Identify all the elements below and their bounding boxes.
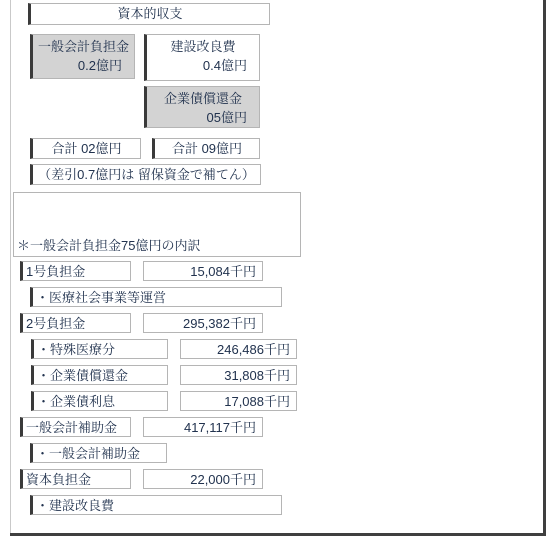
breakdown-heading: ＊一般会計負担金75億円の内訳: [14, 237, 200, 256]
general-account-burden-label: 一般会計負担金: [33, 37, 134, 56]
total-right-box: 合計 09億円: [152, 138, 260, 159]
row-value-no1-burden: 15,084千円: [143, 261, 263, 281]
frame-left-border: [10, 0, 11, 534]
general-account-burden-box: 一般会計負担金 0.2億円: [30, 34, 135, 79]
capital-budget-title-box: 資本的収支: [28, 3, 270, 25]
row-label-no1-burden: 1号負担金: [20, 261, 131, 281]
total-left-box: 合計 02億円: [30, 138, 141, 159]
row-label-bond-interest: ・企業債利息: [31, 391, 168, 411]
row-value-bond-interest: 17,088千円: [180, 391, 297, 411]
row-value-general-subsidy: 417,117千円: [143, 417, 263, 437]
row-value-capital-burden: 22,000千円: [143, 469, 263, 489]
construction-improvement-value: 0.4億円: [147, 56, 259, 75]
bond-redemption-value: 05億円: [147, 108, 259, 127]
bond-redemption-label: 企業債償還金: [147, 89, 259, 108]
row-label-bond-redemption: ・企業債償還金: [31, 365, 168, 385]
row-label-special-medical: ・特殊医療分: [31, 339, 168, 359]
row-value-no2-burden: 295,382千円: [143, 313, 263, 333]
row-label-general-subsidy: 一般会計補助金: [20, 417, 131, 437]
frame-bottom-border: [10, 533, 546, 536]
row-value-bond-redemption: 31,808千円: [180, 365, 297, 385]
row-label-general-subsidy-sub: ・一般会計補助金: [30, 443, 167, 463]
bond-redemption-box: 企業債償還金 05億円: [144, 86, 260, 128]
row-label-construction-improvement-sub: ・建設改良費: [30, 495, 282, 515]
breakdown-panel: ＊一般会計負担金75億円の内訳: [13, 192, 301, 257]
row-label-no2-burden: 2号負担金: [20, 313, 131, 333]
construction-improvement-label: 建設改良費: [147, 37, 259, 56]
frame-right-border: [543, 0, 546, 536]
row-value-special-medical: 246,486千円: [180, 339, 297, 359]
difference-note-box: （差引0.7億円は 留保資金で補てん）: [30, 164, 261, 185]
row-label-capital-burden: 資本負担金: [20, 469, 131, 489]
general-account-burden-value: 0.2億円: [33, 56, 134, 75]
construction-improvement-box: 建設改良費 0.4億円: [144, 34, 260, 81]
row-label-medical-social-ops: ・医療社会事業等運営: [30, 287, 282, 307]
